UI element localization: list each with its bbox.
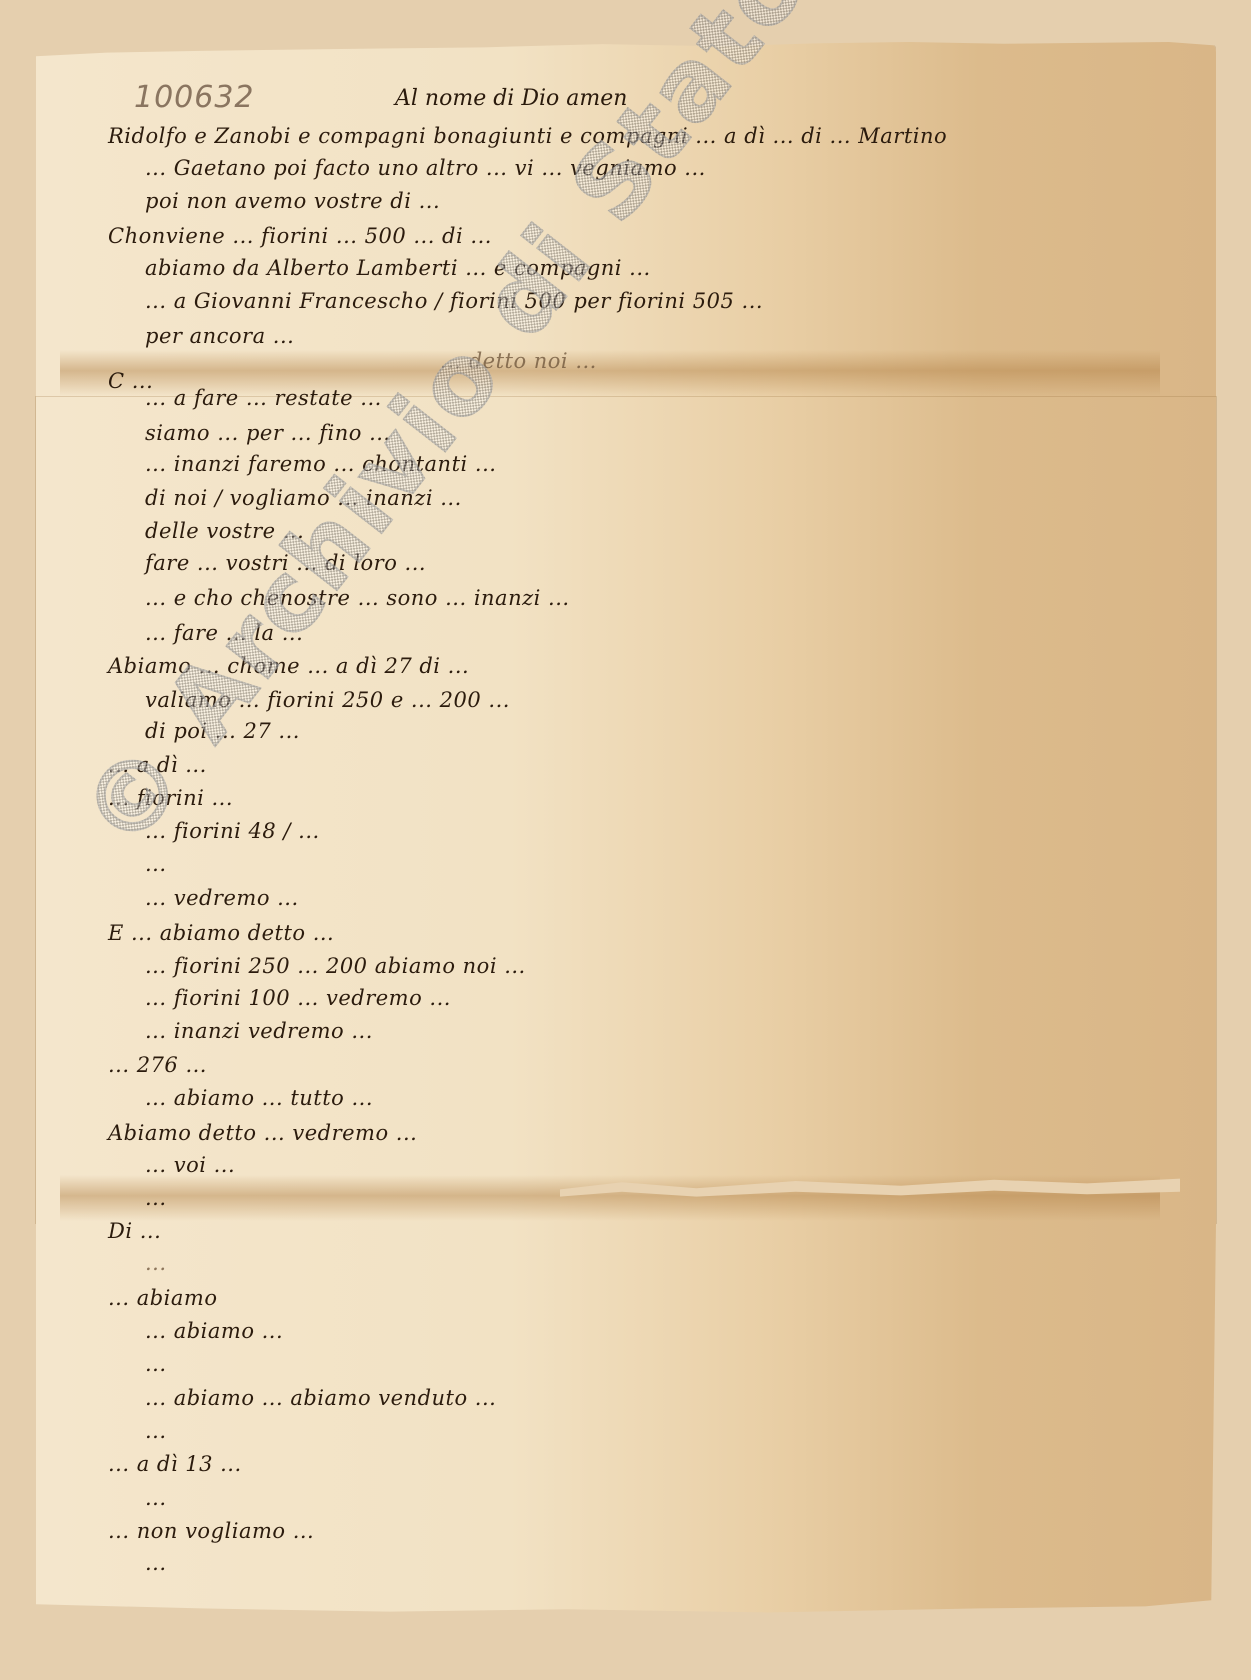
manuscript-line: ... 276 ... — [108, 1053, 207, 1077]
manuscript-line: E ... abiamo detto ... — [108, 921, 334, 945]
manuscript-line: ... abiamo ... abiamo venduto ... — [145, 1386, 496, 1410]
manuscript-line: ... non vogliamo ... — [108, 1519, 314, 1543]
manuscript-line: Abiamo detto ... vedremo ... — [108, 1121, 417, 1145]
manuscript-line: per ancora ... — [145, 324, 294, 348]
manuscript-line: Ridolfo e Zanobi e compagni bonagiunti e… — [108, 124, 947, 148]
letter-heading: Al nome di Dio amen — [395, 86, 627, 111]
manuscript-line: poi non avemo vostre di ... — [145, 189, 440, 213]
manuscript-line: ... abiamo — [108, 1286, 217, 1310]
manuscript-line: Di ... — [108, 1219, 161, 1243]
manuscript-line: ... voi ... — [145, 1153, 235, 1177]
manuscript-line: ... — [145, 1419, 167, 1443]
manuscript-line: ... — [145, 1551, 167, 1575]
manuscript-line: Chonviene ... fiorini ... 500 ... di ... — [108, 224, 492, 248]
manuscript-line: ... vedremo ... — [145, 886, 299, 910]
manuscript-line: ... a dì 13 ... — [108, 1452, 242, 1476]
manuscript-line: ... a fare ... restate ... — [145, 386, 382, 410]
manuscript-line: ... inanzi vedremo ... — [145, 1019, 373, 1043]
manuscript-line: ... abiamo ... — [145, 1319, 283, 1343]
manuscript-line: ... — [145, 1251, 167, 1275]
manuscript-line: ... abiamo ... tutto ... — [145, 1086, 373, 1110]
manuscript-line: ... — [145, 1352, 167, 1376]
manuscript-line: ... — [145, 1486, 167, 1510]
manuscript-line: ... fiorini 250 ... 200 abiamo noi ... — [145, 954, 526, 978]
manuscript-line: ... — [145, 1186, 167, 1210]
manuscript-line: ... fiorini 100 ... vedremo ... — [145, 986, 451, 1010]
archive-number: 100632 — [134, 80, 255, 115]
page-panel-bottom — [36, 1223, 1216, 1633]
